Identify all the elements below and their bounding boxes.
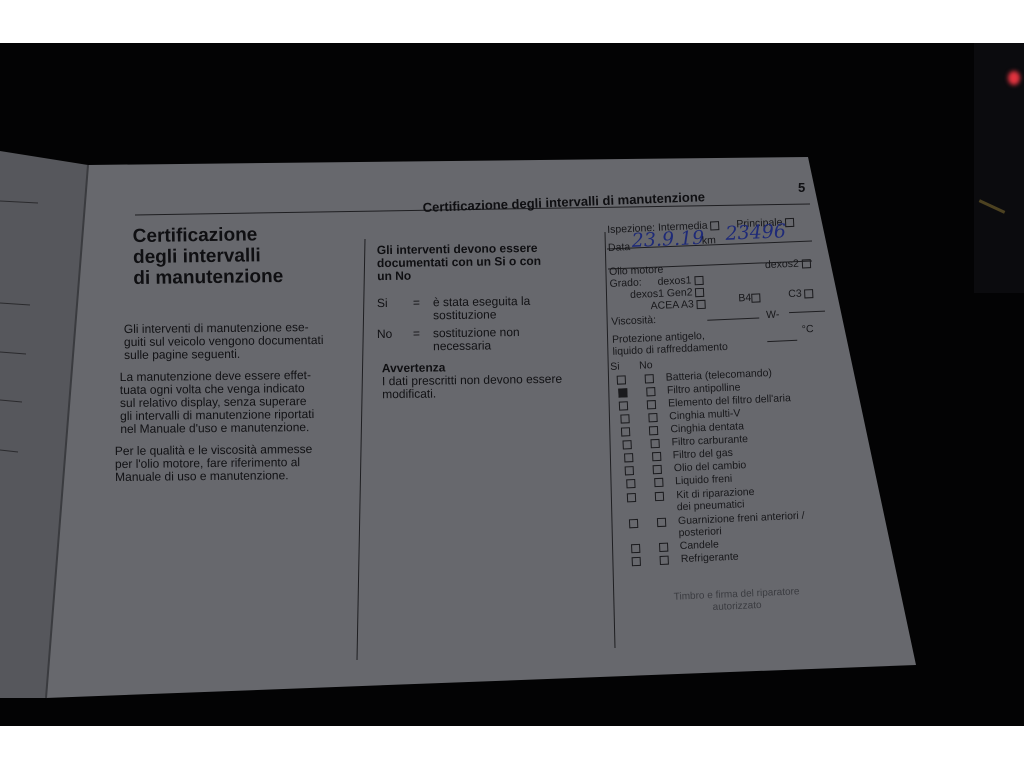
no-checkbox[interactable] — [657, 518, 666, 527]
text-line: nel Manuale d'uso e manutenzione. — [120, 421, 314, 436]
photo-background: Certificazione degli intervalli di manut… — [0, 43, 1024, 726]
page-title: Certificazione degli intervalli di manut… — [133, 224, 284, 289]
text-line: dei pneumatici — [677, 498, 756, 513]
page-number: 5 — [798, 180, 805, 195]
celsius-label: °C — [802, 323, 814, 336]
no-checkbox[interactable] — [660, 556, 669, 565]
si-checkbox[interactable] — [621, 427, 630, 436]
si-checkbox[interactable] — [619, 401, 628, 410]
si-checkbox[interactable] — [631, 544, 640, 553]
checklist-item-label: Liquido freni — [675, 473, 733, 487]
checklist-item-label: Candele — [679, 538, 719, 552]
text-line: Manuale di uso e manutenzione. — [115, 469, 313, 484]
no-checkbox[interactable] — [654, 478, 663, 487]
no-checkbox[interactable] — [647, 400, 656, 409]
w-label: W- — [766, 309, 780, 322]
date-km-row: Data 23.9.19 km 23496 — [608, 234, 796, 262]
date-label: Data — [608, 241, 631, 254]
si-checkbox[interactable] — [627, 493, 636, 502]
no-checkbox[interactable] — [646, 387, 655, 396]
si-no-instructions: Gli interventi devono essere documentati… — [377, 242, 542, 283]
si-checkbox[interactable] — [629, 519, 638, 528]
legend-key: No — [377, 327, 413, 341]
date-value[interactable]: 23.9.19 — [632, 232, 705, 247]
text-line: necessaria — [433, 339, 520, 353]
legend-key: Si — [377, 297, 413, 311]
si-checkbox[interactable] — [632, 557, 641, 566]
acea-a3-label: ACEA A3 — [650, 298, 694, 312]
si-column-header: Si — [610, 360, 636, 373]
no-checkbox[interactable] — [653, 465, 662, 474]
text-line: Liquido freni — [675, 473, 733, 487]
checklist-item-label: Refrigerante — [681, 551, 739, 566]
legend-equals: = — [413, 296, 433, 309]
dexos1-gen2-checkbox[interactable] — [695, 288, 704, 297]
no-checkbox[interactable] — [649, 426, 658, 435]
no-checkbox[interactable] — [659, 543, 668, 552]
text-line: modificati. — [382, 386, 562, 402]
warning-block: Avvertenza I dati prescritti non devono … — [382, 360, 563, 402]
si-checkbox[interactable] — [622, 440, 631, 449]
intro-paragraph-2: La manutenzione deve essere effet- tuata… — [120, 369, 315, 436]
title-line: Certificazione — [133, 224, 283, 247]
principale-checkbox[interactable] — [785, 218, 794, 227]
km-label: km — [702, 234, 717, 247]
checklist-item-label: Kit di riparazionedei pneumatici — [676, 486, 755, 513]
intro-paragraph-3: Per le qualità e le viscosità ammesse pe… — [115, 443, 313, 484]
c3-label: C3 — [788, 288, 802, 301]
si-checkbox[interactable] — [617, 375, 626, 384]
text-line: un No — [377, 268, 541, 283]
si-checkbox[interactable] — [626, 479, 635, 488]
text-line: Candele — [679, 538, 719, 552]
si-checkbox[interactable] — [620, 414, 629, 423]
no-checkbox[interactable] — [645, 374, 654, 383]
viscosity-field[interactable] — [707, 317, 759, 320]
title-line: degli intervalli — [133, 245, 283, 268]
intermedia-checkbox[interactable] — [710, 221, 719, 230]
acea-a3-checkbox[interactable] — [697, 299, 706, 308]
b4-label: B4 — [738, 292, 751, 305]
text-line: Refrigerante — [681, 551, 739, 566]
text-line: sostituzione — [433, 308, 531, 322]
si-checkbox[interactable] — [618, 388, 627, 397]
legend-equals: = — [413, 327, 433, 340]
no-checkbox[interactable] — [650, 439, 659, 448]
no-checkbox[interactable] — [648, 413, 657, 422]
no-checkbox[interactable] — [652, 452, 661, 461]
text-line: sulle pagine seguenti. — [124, 347, 324, 362]
intro-paragraph-1: Gli interventi di manutenzione ese- guit… — [124, 321, 324, 362]
checklist-items: Batteria (telecomando)Filtro antipolline… — [611, 366, 807, 568]
dexos1-checkbox[interactable] — [694, 276, 703, 285]
no-column-header: No — [639, 359, 653, 372]
viscosity-label: Viscosità: — [611, 314, 656, 328]
legend-no: No=sostituzione nonnecessaria — [377, 326, 520, 354]
legend-si: Si=è stata eseguita lasostituzione — [377, 295, 531, 323]
no-checkbox[interactable] — [655, 492, 664, 501]
si-checkbox[interactable] — [625, 466, 634, 475]
km-value[interactable]: 23496 — [725, 225, 786, 240]
dexos2-checkbox[interactable] — [802, 259, 811, 268]
maintenance-form: Ispezione: Intermedia Principale Data 23… — [607, 216, 800, 360]
title-line: di manutenzione — [133, 266, 283, 289]
c3-checkbox[interactable] — [804, 289, 813, 298]
si-checkbox[interactable] — [624, 453, 633, 462]
parts-checklist: Si No Batteria (telecomando)Filtro antip… — [610, 353, 807, 568]
b4-checkbox[interactable] — [751, 293, 760, 302]
